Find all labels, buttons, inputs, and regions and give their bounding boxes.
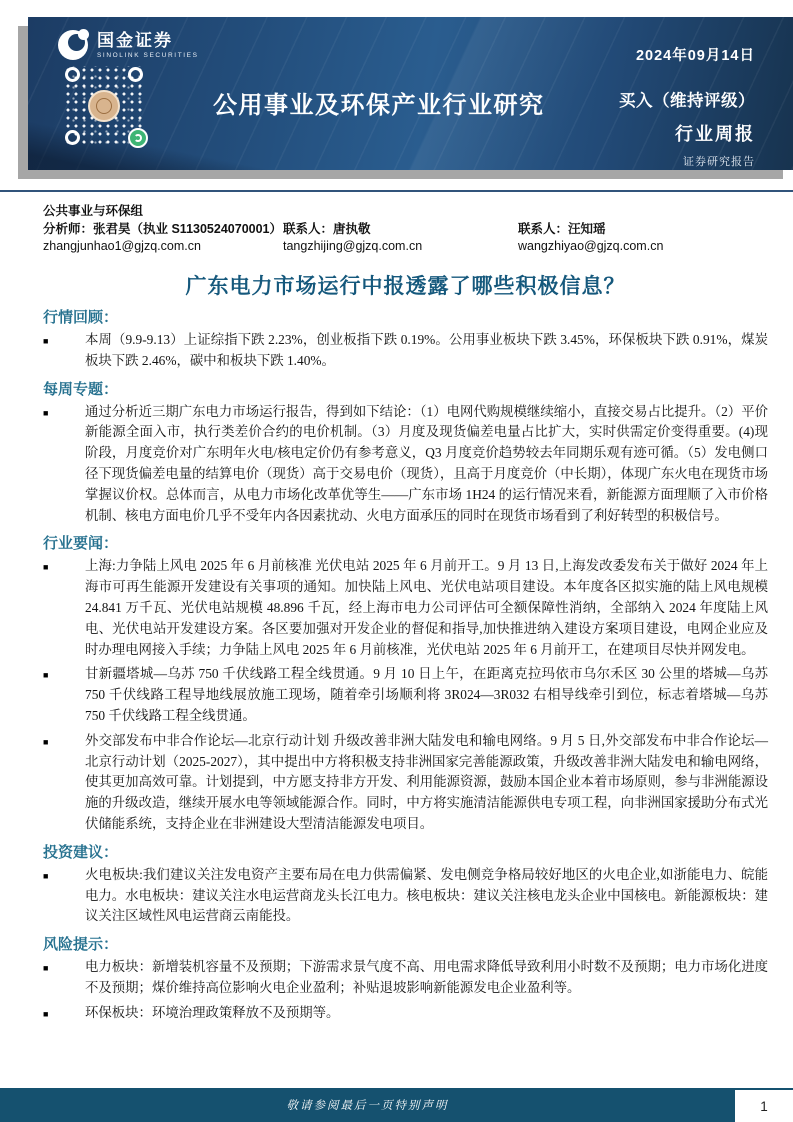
analyst-name: 联系人：汪知瑶 <box>518 221 768 238</box>
section-market-review: 行情回顾： ■ 本周（9.9-9.13）上证综指下跌 2.23%，创业板指下跌 … <box>43 307 768 372</box>
analyst-name: 联系人：唐执敬 <box>283 221 518 238</box>
bullet-square-icon: ■ <box>43 957 55 999</box>
sinolink-logo-icon <box>58 30 88 60</box>
section-heading: 风险提示： <box>43 934 768 955</box>
footer-disclaimer: 敬请参阅最后一页特别声明 <box>287 1097 449 1113</box>
section-investment-advice: 投资建议： ■ 火电板块:我们建议关注发电资产主要布局在电力供需偏紧、发电侧竞争… <box>43 842 768 927</box>
analyst-card: 联系人：汪知瑶 wangzhiyao@gjzq.com.cn <box>518 221 768 255</box>
analyst-email-link[interactable]: zhangjunhao1@gjzq.com.cn <box>43 238 201 255</box>
page-number-box: 1 <box>735 1088 793 1122</box>
qr-center-logo <box>88 90 120 122</box>
bullet-item: ■ 电力板块：新增装机容量不及预期；下游需求景气度不高、用电需求降低导致利用小时… <box>43 957 768 999</box>
page-footer: 敬请参阅最后一页特别声明 1 <box>0 1088 793 1122</box>
brand-name-cn: 国金证券 <box>97 32 199 50</box>
bullet-text: 甘新疆塔城—乌苏 750 千伏线路工程全线贯通。9 月 10 日上午，在距离克拉… <box>85 664 768 726</box>
bullet-square-icon: ■ <box>43 731 55 835</box>
qr-finder-icon <box>128 67 143 82</box>
section-weekly-topic: 每周专题： ■ 通过分析近三期广东电力市场运行报告，得到如下结论：（1）电网代购… <box>43 379 768 527</box>
bullet-item: ■ 上海:力争陆上风电 2025 年 6 月前核准 光伏电站 2025 年 6 … <box>43 556 768 660</box>
report-banner: 国金证券 SINOLINK SECURITIES 2024年09月14日 公用事… <box>28 17 793 170</box>
analyst-email-link[interactable]: wangzhiyao@gjzq.com.cn <box>518 238 663 255</box>
bullet-item: ■ 通过分析近三期广东电力市场运行报告，得到如下结论：（1）电网代购规模继续缩小… <box>43 402 768 527</box>
section-industry-news: 行业要闻： ■ 上海:力争陆上风电 2025 年 6 月前核准 光伏电站 202… <box>43 533 768 834</box>
footer-bar: 敬请参阅最后一页特别声明 <box>0 1088 735 1122</box>
section-risk-warning: 风险提示： ■ 电力板块：新增装机容量不及预期；下游需求景气度不高、用电需求降低… <box>43 934 768 1024</box>
bullet-text: 上海:力争陆上风电 2025 年 6 月前核准 光伏电站 2025 年 6 月前… <box>85 556 768 660</box>
bullet-square-icon: ■ <box>43 865 55 927</box>
bullet-item: ■ 本周（9.9-9.13）上证综指下跌 2.23%，创业板指下跌 0.19%。… <box>43 330 768 372</box>
bullet-text: 外交部发布中非合作论坛—北京行动计划 升级改善非洲大陆发电和输电网络。9 月 5… <box>85 731 768 835</box>
analyst-block: 公共事业与环保组 分析师：张君昊（执业 S1130524070001） zhan… <box>43 192 768 255</box>
bullet-text: 通过分析近三期广东电力市场运行报告，得到如下结论：（1）电网代购规模继续缩小，直… <box>85 402 768 527</box>
bullet-square-icon: ■ <box>43 330 55 372</box>
bullet-item: ■ 外交部发布中非合作论坛—北京行动计划 升级改善非洲大陆发电和输电网络。9 月… <box>43 731 768 835</box>
bullet-text: 火电板块:我们建议关注发电资产主要布局在电力供需偏紧、发电侧竞争格局较好地区的火… <box>85 865 768 927</box>
bullet-square-icon: ■ <box>43 556 55 660</box>
section-heading: 投资建议： <box>43 842 768 863</box>
qr-code <box>64 66 144 146</box>
bullet-square-icon: ■ <box>43 1003 55 1025</box>
banner-right-block: 买入（维持评级） 行业周报 证券研究报告 <box>619 87 755 169</box>
report-body: 公共事业与环保组 分析师：张君昊（执业 S1130524070001） zhan… <box>0 192 793 1025</box>
rating-badge: 买入（维持评级） <box>619 87 755 111</box>
report-date: 2024年09月14日 <box>636 44 755 65</box>
bullet-text: 环保板块：环境治理政策释放不及预期等。 <box>85 1003 768 1025</box>
report-series-title: 公用事业及环保产业行业研究 <box>213 85 545 120</box>
qr-finder-icon <box>65 130 80 145</box>
report-category-label: 证券研究报告 <box>619 153 755 169</box>
bullet-square-icon: ■ <box>43 402 55 527</box>
bullet-item: ■ 火电板块:我们建议关注发电资产主要布局在电力供需偏紧、发电侧竞争格局较好地区… <box>43 865 768 927</box>
logo-dot-shape <box>78 29 89 40</box>
brand-text: 国金证券 SINOLINK SECURITIES <box>97 32 199 59</box>
report-page: 国金证券 SINOLINK SECURITIES 2024年09月14日 公用事… <box>0 0 793 1122</box>
bullet-item: ■ 甘新疆塔城—乌苏 750 千伏线路工程全线贯通。9 月 10 日上午，在距离… <box>43 664 768 726</box>
article-title: 广东电力市场运行中报透露了哪些积极信息？ <box>43 270 768 300</box>
section-heading: 每周专题： <box>43 379 768 400</box>
bullet-text: 本周（9.9-9.13）上证综指下跌 2.23%，创业板指下跌 0.19%。公用… <box>85 330 768 372</box>
analyst-email-link[interactable]: tangzhijing@gjzq.com.cn <box>283 238 422 255</box>
qr-finder-icon <box>65 67 80 82</box>
analyst-card: 分析师：张君昊（执业 S1130524070001） zhangjunhao1@… <box>43 221 283 255</box>
section-heading: 行业要闻： <box>43 533 768 554</box>
analyst-name: 分析师：张君昊（执业 S1130524070001） <box>43 221 283 238</box>
wechat-icon <box>128 128 148 148</box>
bullet-text: 电力板块：新增装机容量不及预期；下游需求景气度不高、用电需求降低导致利用小时数不… <box>85 957 768 999</box>
analyst-row: 分析师：张君昊（执业 S1130524070001） zhangjunhao1@… <box>43 221 768 255</box>
brand-name-en: SINOLINK SECURITIES <box>97 52 199 59</box>
bullet-square-icon: ■ <box>43 664 55 726</box>
brand-block: 国金证券 SINOLINK SECURITIES <box>58 30 199 60</box>
section-heading: 行情回顾： <box>43 307 768 328</box>
analyst-group-name: 公共事业与环保组 <box>43 203 768 220</box>
page-number: 1 <box>760 1099 768 1114</box>
bullet-item: ■ 环保板块：环境治理政策释放不及预期等。 <box>43 1003 768 1025</box>
analyst-card: 联系人：唐执敬 tangzhijing@gjzq.com.cn <box>283 221 518 255</box>
report-type-label: 行业周报 <box>619 120 755 146</box>
